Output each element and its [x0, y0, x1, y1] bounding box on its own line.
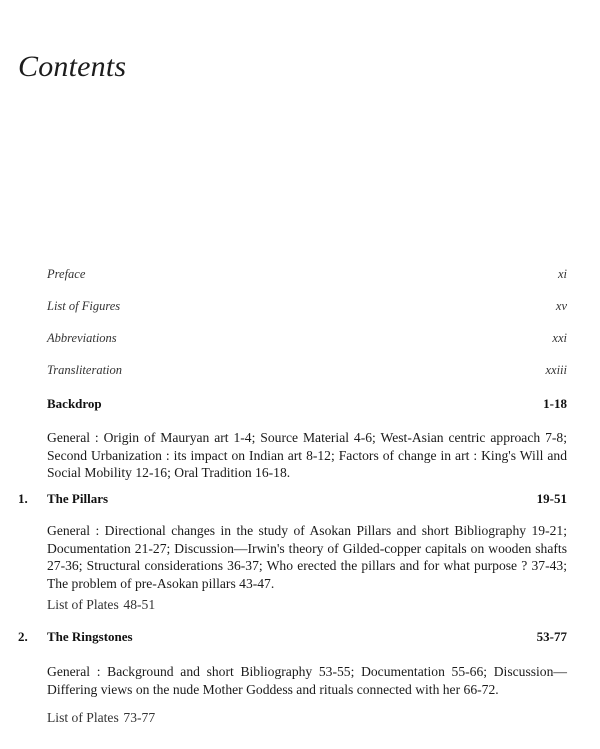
chapter-title: Backdrop [47, 396, 102, 412]
chapter-number: 1. [18, 491, 28, 507]
toc-entry-label: List of Figures [47, 299, 120, 314]
chapter-title: The Pillars [47, 491, 108, 507]
toc-entry-preface[interactable]: Preface xi [47, 267, 567, 287]
plates-pages: 48-51 [123, 597, 155, 612]
toc-entry-list-of-figures[interactable]: List of Figures xv [47, 299, 567, 319]
chapter-pages: 53-77 [537, 629, 567, 645]
chapter-heading-pillars[interactable]: 1. The Pillars 19-51 [18, 491, 567, 511]
toc-entry-page: xxi [552, 331, 567, 346]
toc-entry-label: Preface [47, 267, 85, 282]
chapter-description-ringstones: General : Background and short Bibliogra… [47, 663, 567, 698]
toc-entry-label: Transliteration [47, 363, 122, 378]
toc-entry-page: xv [556, 299, 567, 314]
toc-entry-page: xi [558, 267, 567, 282]
list-of-plates-ringstones[interactable]: List of Plates 73-77 [47, 710, 155, 726]
toc-entry-transliteration[interactable]: Transliteration xxiii [47, 363, 567, 383]
plates-label: List of Plates [47, 597, 120, 613]
chapter-heading-backdrop[interactable]: Backdrop 1-18 [18, 396, 567, 416]
toc-entry-label: Abbreviations [47, 331, 117, 346]
plates-label: List of Plates [47, 710, 120, 726]
chapter-pages: 19-51 [537, 491, 567, 507]
toc-entry-page: xxiii [545, 363, 567, 378]
chapter-pages: 1-18 [543, 396, 567, 412]
chapter-number: 2. [18, 629, 28, 645]
page-title: Contents [18, 50, 126, 84]
chapter-description-pillars: General : Directional changes in the stu… [47, 522, 567, 592]
plates-pages: 73-77 [123, 710, 155, 725]
list-of-plates-pillars[interactable]: List of Plates 48-51 [47, 597, 155, 613]
chapter-heading-ringstones[interactable]: 2. The Ringstones 53-77 [18, 629, 567, 649]
chapter-title: The Ringstones [47, 629, 133, 645]
chapter-description-backdrop: General : Origin of Mauryan art 1-4; Sou… [47, 429, 567, 482]
toc-entry-abbreviations[interactable]: Abbreviations xxi [47, 331, 567, 351]
